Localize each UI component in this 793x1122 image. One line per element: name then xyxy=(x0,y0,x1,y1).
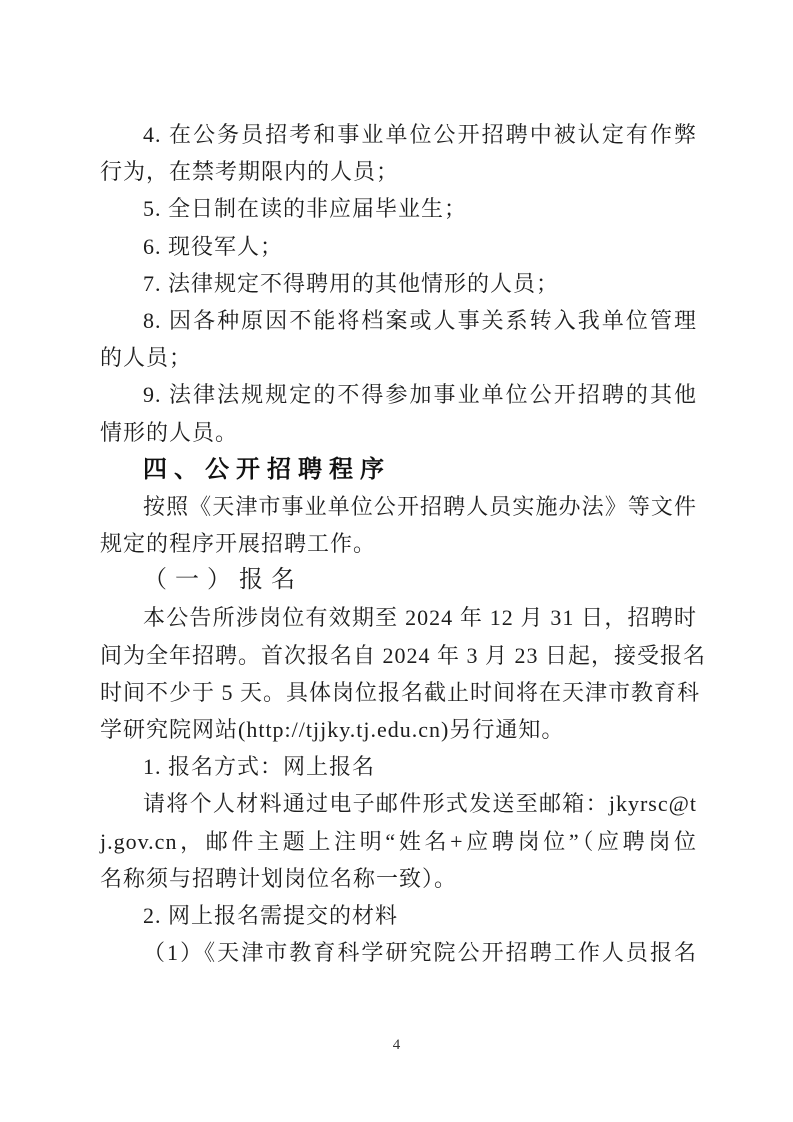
text-line: 请将个人材料通过电子邮件形式发送至邮箱：jkyrsc@t xyxy=(100,785,697,822)
text-line: 学研究院网站(http://tjjky.tj.edu.cn)另行通知。 xyxy=(100,711,697,748)
text-line: 规定的程序开展招聘工作。 xyxy=(100,525,697,562)
text-line: 6. 现役军人； xyxy=(100,228,697,265)
text-line: 5. 全日制在读的非应届毕业生； xyxy=(100,190,697,227)
text-line: 本公告所涉岗位有效期至 2024 年 12 月 31 日，招聘时 xyxy=(100,599,697,636)
page-footer: 4 xyxy=(0,1036,793,1054)
text-line: 名称须与招聘计划岗位名称一致）。 xyxy=(100,860,697,897)
text-line: 按照《天津市事业单位公开招聘人员实施办法》等文件 xyxy=(100,488,697,525)
text-line: 时间不少于 5 天。具体岗位报名截止时间将在天津市教育科 xyxy=(100,674,697,711)
text-line: 8. 因各种原因不能将档案或人事关系转入我单位管理 xyxy=(100,302,697,339)
text-line: 1. 报名方式：网上报名 xyxy=(100,748,697,785)
text-line: 2. 网上报名需提交的材料 xyxy=(100,897,697,934)
document-page: 4. 在公务员招考和事业单位公开招聘中被认定有作弊行为，在禁考期限内的人员；5.… xyxy=(0,0,793,1122)
text-line: 的人员； xyxy=(100,339,697,376)
text-line: j.gov.cn，邮件主题上注明“姓名+应聘岗位”（应聘岗位 xyxy=(100,823,697,860)
subsection-heading: （一）报名 xyxy=(100,562,697,599)
text-line: 9. 法律法规规定的不得参加事业单位公开招聘的其他 xyxy=(100,376,697,413)
section-heading: 四、公开招聘程序 xyxy=(100,451,697,488)
text-line: （1）《天津市教育科学研究院公开招聘工作人员报名 xyxy=(100,934,697,971)
text-line: 行为，在禁考期限内的人员； xyxy=(100,153,697,190)
page-number: 4 xyxy=(393,1037,401,1053)
document-content: 4. 在公务员招考和事业单位公开招聘中被认定有作弊行为，在禁考期限内的人员；5.… xyxy=(100,116,697,971)
text-line: 4. 在公务员招考和事业单位公开招聘中被认定有作弊 xyxy=(100,116,697,153)
text-line: 情形的人员。 xyxy=(100,414,697,451)
text-line: 间为全年招聘。首次报名自 2024 年 3 月 23 日起，接受报名 xyxy=(100,637,697,674)
text-line: 7. 法律规定不得聘用的其他情形的人员； xyxy=(100,265,697,302)
